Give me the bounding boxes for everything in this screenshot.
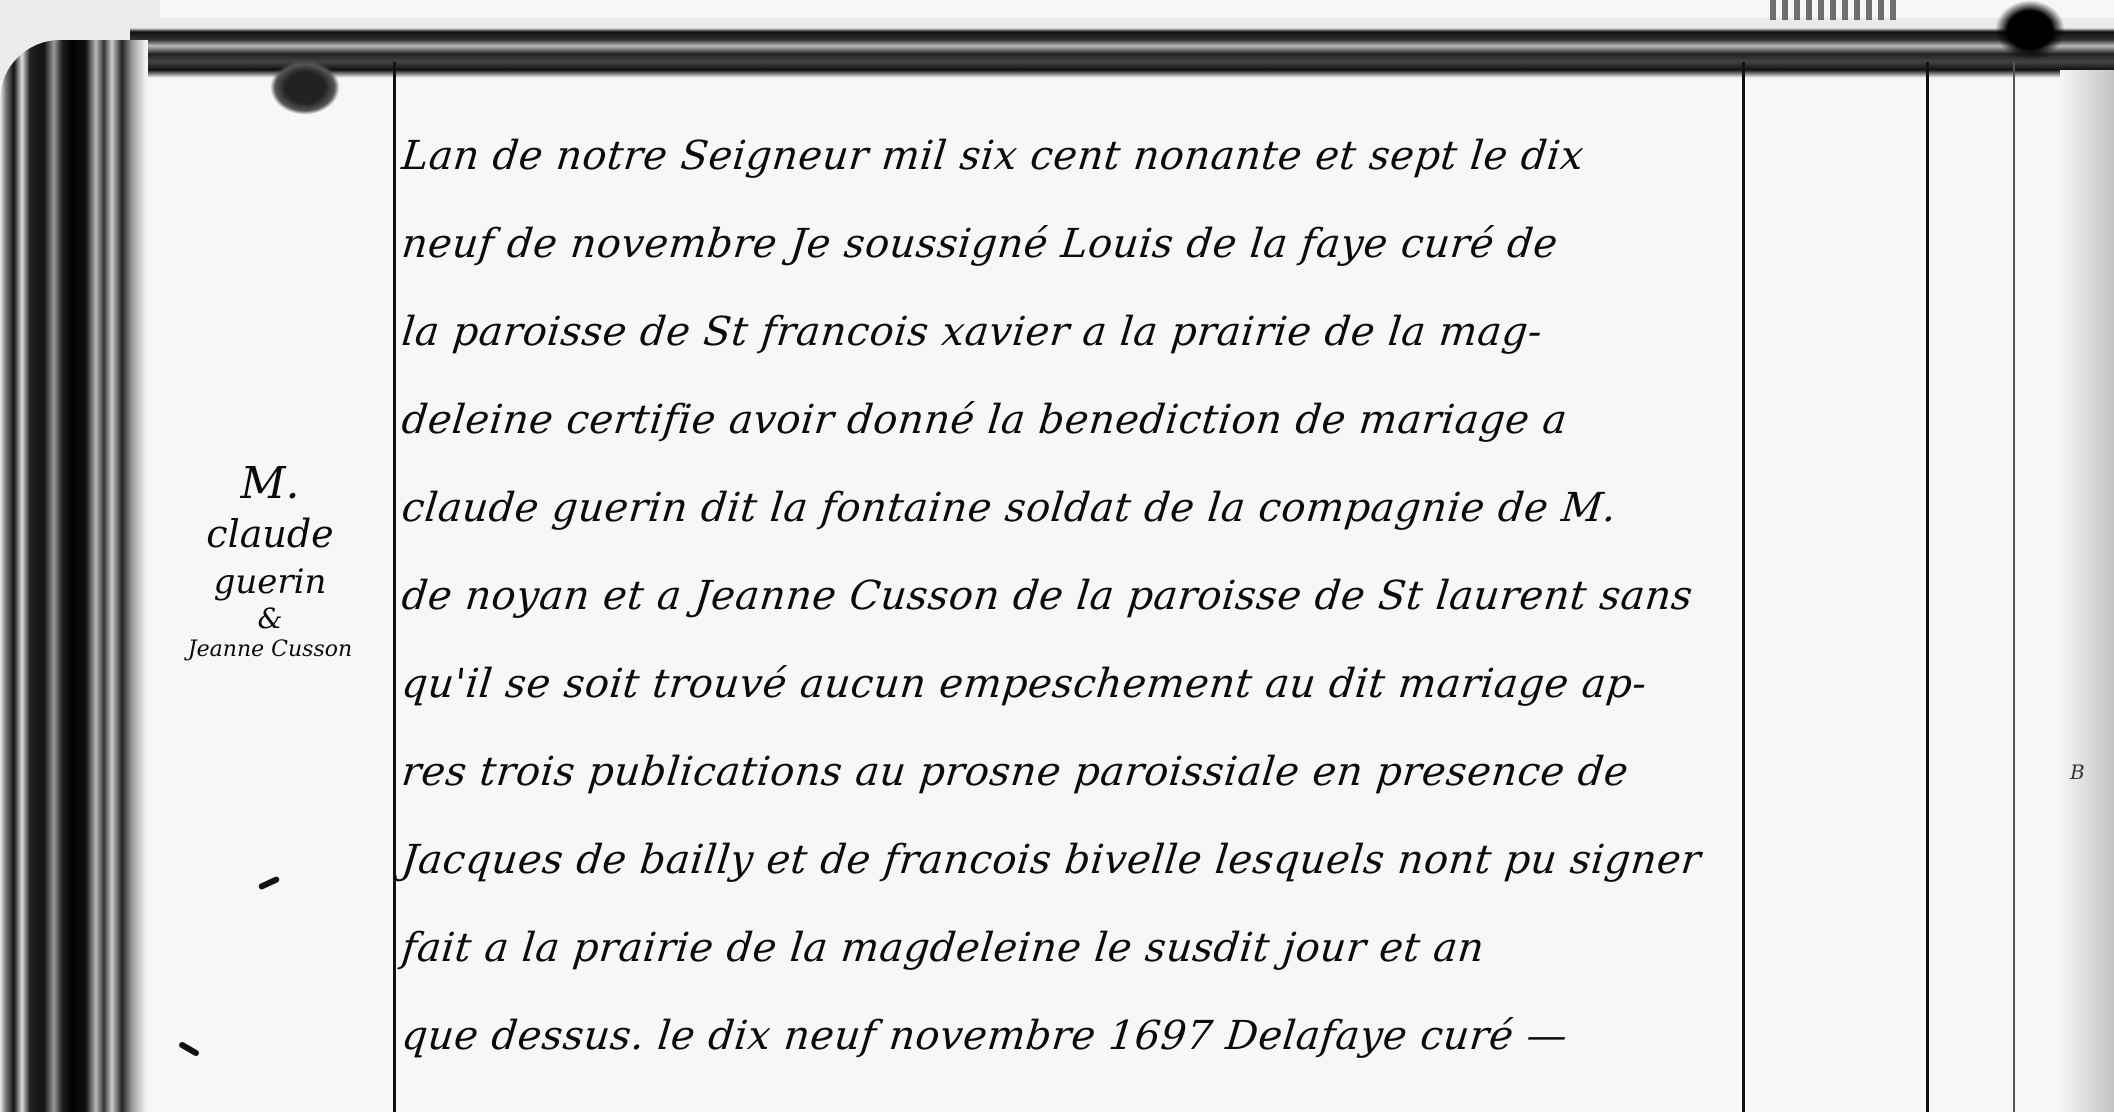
entry-line: res trois publications au prosne paroiss… [397, 728, 2114, 816]
margin-mark [258, 876, 280, 891]
margin-groom-first-name: claude [150, 514, 390, 556]
header-scribble [1770, 0, 1900, 20]
entry-line: Lan de notre Seigneur mil six cent nonan… [397, 112, 2114, 200]
margin-bride-name: Jeanne Cusson [150, 638, 390, 662]
register-page: M. claude guerin & Jeanne Cusson Lan de … [0, 0, 2114, 1112]
entry-line: qu'il se soit trouvé aucun empeschement … [397, 640, 2114, 728]
entry-line: claude guerin dit la fontaine soldat de … [397, 464, 2114, 552]
margin-note: M. claude guerin & Jeanne Cusson [150, 460, 390, 663]
margin-title: M. [150, 460, 390, 508]
entry-line: neuf de novembre Je soussigné Louis de l… [397, 200, 2114, 288]
entry-line: deleine certifie avoir donné la benedict… [397, 376, 2114, 464]
margin-rule [393, 62, 396, 1112]
margin-mark [178, 1041, 200, 1057]
book-spine [0, 40, 148, 1112]
entry-line-signature: que dessus. le dix neuf novembre 1697 De… [397, 992, 2114, 1080]
right-margin-gloss: B [2070, 760, 2085, 784]
entry-line: fait a la prairie de la magdeleine le su… [397, 904, 2114, 992]
ink-blot [270, 60, 340, 115]
ink-blot [1995, 0, 2065, 60]
margin-ampersand: & [150, 604, 390, 635]
margin-groom-last-name: guerin [150, 564, 390, 601]
top-binding-edge [130, 18, 2114, 80]
entry-line: la paroisse de St francois xavier a la p… [397, 288, 2114, 376]
entry-line: Jacques de bailly et de francois bivelle… [397, 816, 2114, 904]
marriage-entry: Lan de notre Seigneur mil six cent nonan… [402, 112, 2114, 1080]
entry-line: de noyan et a Jeanne Cusson de la parois… [397, 552, 2114, 640]
